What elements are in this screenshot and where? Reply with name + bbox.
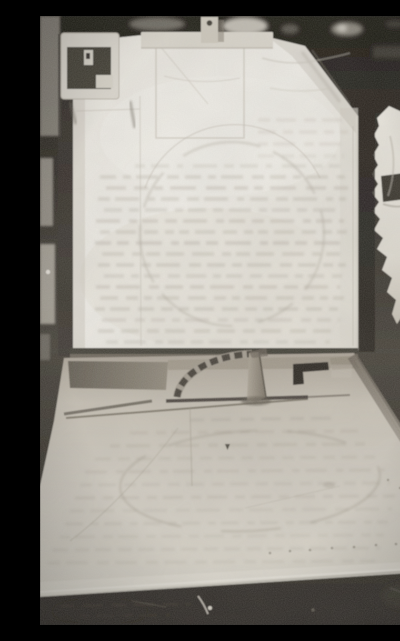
- photo-canvas: [40, 16, 400, 625]
- grain-overlay: [40, 16, 400, 625]
- halftone-photo: [40, 16, 400, 625]
